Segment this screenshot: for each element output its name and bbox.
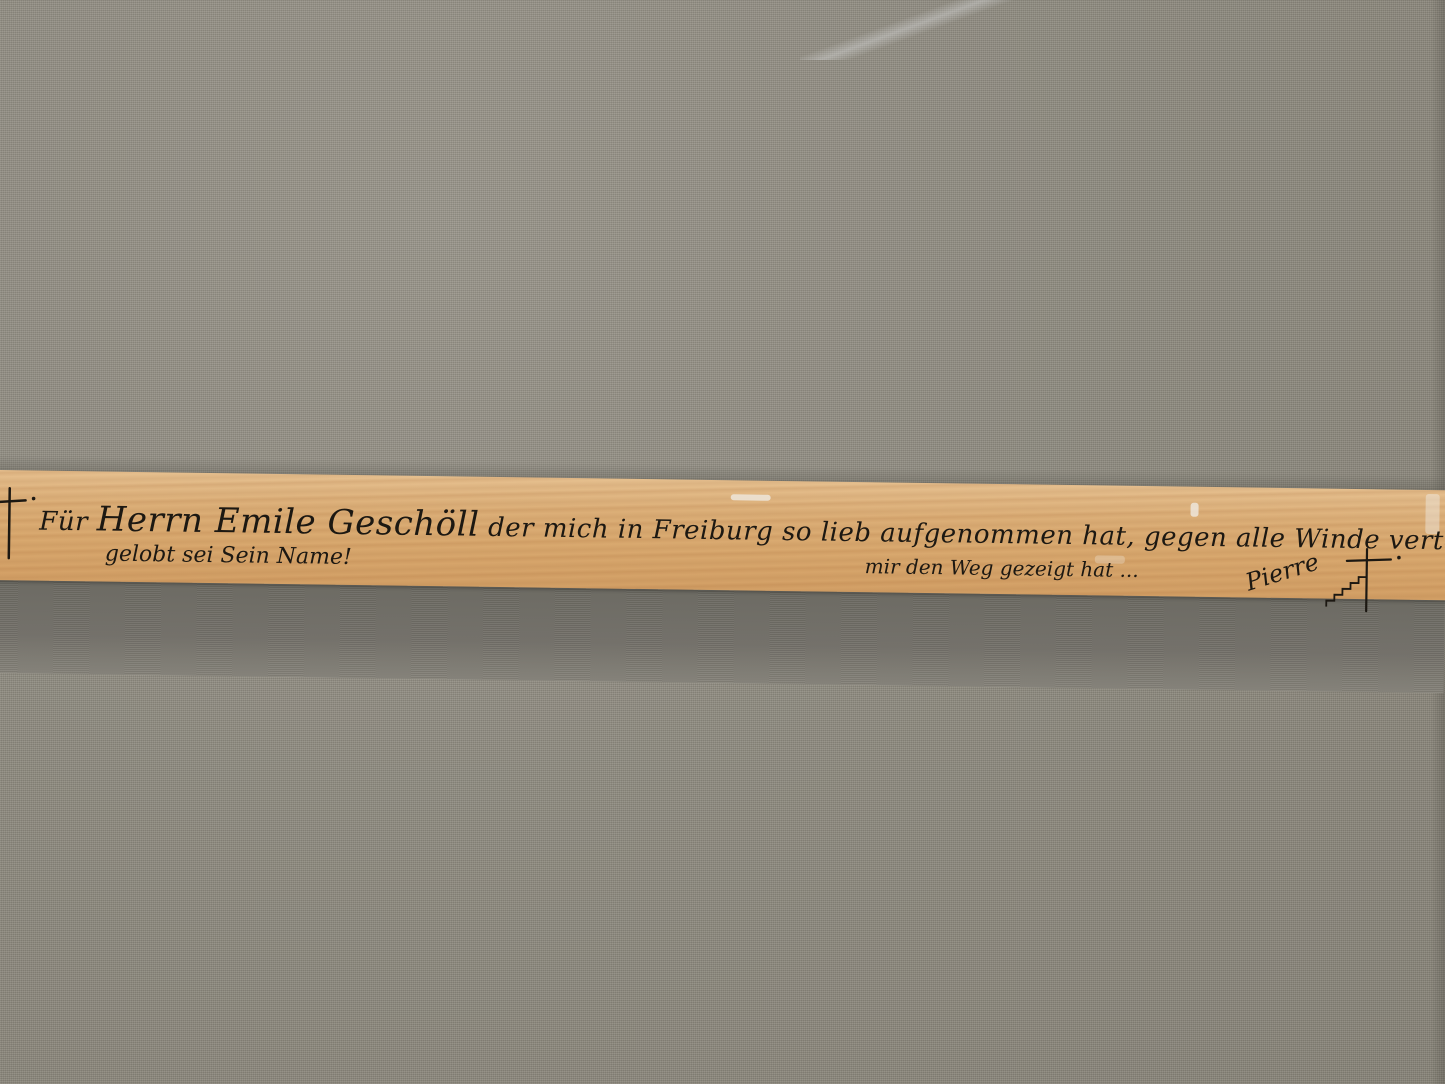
canvas-crease-highlight	[800, 0, 1020, 60]
inscription-line-2: gelobt sei Sein Name!	[105, 542, 352, 570]
wooden-stretcher-bar: Für Herrn Emile Geschöll der mich in Fre…	[0, 470, 1445, 600]
stairs-to-cross-icon	[1324, 547, 1415, 618]
dedicatee-name: Herrn Emile Geschöll	[97, 499, 480, 544]
inscription-line-3: mir den Weg gezeigt hat ...	[865, 554, 1139, 582]
paint-speck	[731, 494, 771, 501]
cross-icon	[0, 484, 40, 565]
inscription-prefix: Für	[39, 507, 97, 538]
